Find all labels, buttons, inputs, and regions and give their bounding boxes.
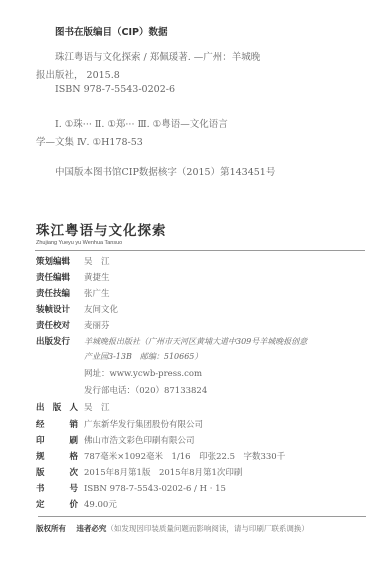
cip-heading: 图书在版编目（CIP）数据 (55, 24, 167, 38)
cip-class-line-2: 学—文集 Ⅳ. ①H178-53 (36, 134, 143, 148)
cip-isbn: ISBN 978-7-5543-0202-6 (55, 84, 175, 95)
publisher-address-cont: 产业园3-13B 邮编：510665） (84, 349, 202, 365)
detail-row: 版次2015年8月第1版 2015年8月第1次印刷 (36, 465, 242, 481)
detail-value: ISBN 978-7-5543-0202-6 / H · 15 (84, 481, 226, 497)
credit-label: 策划编辑 (36, 254, 84, 270)
credit-value: 黄捷生 (84, 270, 110, 286)
cip-class-line-1: Ⅰ. ①珠··· Ⅱ. ①郑··· Ⅲ. ①粤语—文化语言 (55, 116, 228, 130)
detail-row: 经销广东新华发行集团股份有限公司 (36, 417, 203, 433)
bottom-divider (38, 516, 366, 517)
detail-row: 书号ISBN 978-7-5543-0202-6 / H · 15 (36, 481, 226, 497)
publisher-website: 网址：www.ycwb-press.com (84, 366, 202, 382)
detail-value: 广东新华发行集团股份有限公司 (84, 417, 203, 433)
credit-value: 麦丽芬 (84, 318, 110, 334)
cip-line-1: 珠江粤语与文化探索 / 郑佩瑗著. —广州：羊城晚 (55, 49, 260, 63)
detail-label: 印刷 (36, 433, 78, 449)
publisher-phone: 发行部电话：（020）87133824 (84, 383, 207, 399)
detail-label: 规格 (36, 449, 78, 465)
replacement-note: （如发现因印装质量问题而影响阅读，请与印刷厂联系调换） (106, 524, 309, 533)
infringement-warning: 违者必究 (76, 524, 106, 533)
credit-value: 友间文化 (84, 302, 118, 318)
credit-row: 责任校对麦丽芬 (36, 318, 110, 334)
credit-row-publisher: 出版发行羊城晚报出版社（广州市天河区黄埔大道中309号羊城晚报创意 (36, 334, 307, 350)
detail-value: 佛山市浩文彩色印刷有限公司 (84, 433, 195, 449)
copyright-footer: 版权所有 违者必究（如发现因印装质量问题而影响阅读，请与印刷厂联系调换） (36, 523, 309, 534)
detail-label: 出版人 (36, 400, 78, 416)
detail-label: 经销 (36, 417, 78, 433)
credit-row: 责任技编张广生 (36, 286, 110, 302)
credit-label: 责任校对 (36, 318, 84, 334)
detail-row: 出版人吴 江 (36, 400, 110, 416)
detail-label: 定价 (36, 497, 78, 513)
credit-value: 羊城晚报出版社（广州市天河区黄埔大道中309号羊城晚报创意 (84, 334, 307, 350)
credit-label: 责任编辑 (36, 270, 84, 286)
cip-number: 中国版本图书馆CIP数据核字（2015）第143451号 (55, 164, 275, 178)
detail-value: 49.00元 (84, 497, 117, 513)
detail-row: 规格787毫米×1092毫米 1/16 印张22.5 字数330千 (36, 449, 285, 465)
detail-row: 印刷佛山市浩文彩色印刷有限公司 (36, 433, 195, 449)
credit-label: 装帧设计 (36, 302, 84, 318)
credit-value: 吴 江 (84, 254, 110, 270)
detail-label: 书号 (36, 481, 78, 497)
credit-label: 责任技编 (36, 286, 84, 302)
top-divider (35, 250, 365, 251)
detail-value: 吴 江 (84, 400, 110, 416)
detail-row: 定价49.00元 (36, 497, 117, 513)
credit-row: 装帧设计友间文化 (36, 302, 118, 318)
credit-value: 张广生 (84, 286, 110, 302)
cip-line-2: 报出版社， 2015.8 (36, 67, 120, 81)
credit-row: 策划编辑吴 江 (36, 254, 110, 270)
detail-label: 版次 (36, 465, 78, 481)
rights-reserved: 版权所有 (36, 524, 66, 533)
detail-value: 787毫米×1092毫米 1/16 印张22.5 字数330千 (84, 449, 285, 465)
credit-label: 出版发行 (36, 334, 84, 350)
book-title-pinyin: Zhujiang Yueyu yu Wenhua Tansuo (36, 240, 122, 246)
detail-value: 2015年8月第1版 2015年8月第1次印刷 (84, 465, 242, 481)
book-title: 珠江粤语与文化探索 (36, 219, 167, 239)
credit-row: 责任编辑黄捷生 (36, 270, 110, 286)
